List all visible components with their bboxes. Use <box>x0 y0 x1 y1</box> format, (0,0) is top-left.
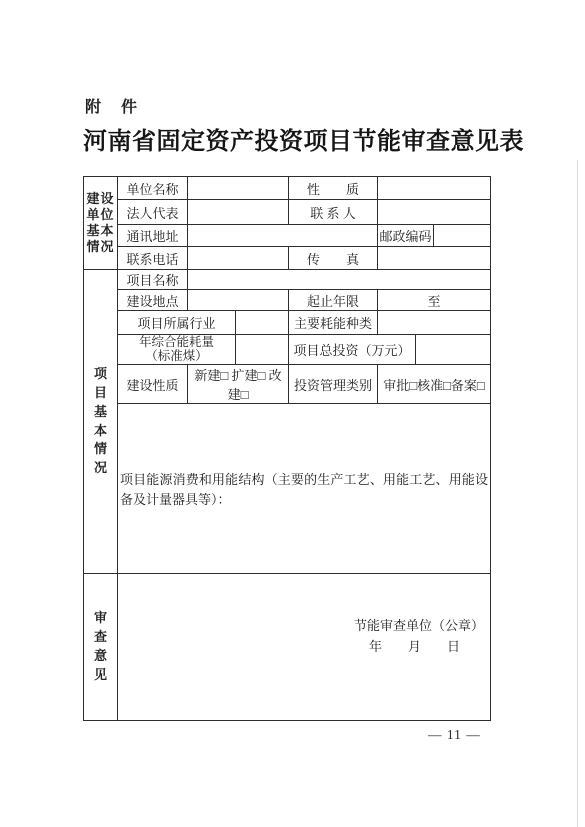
duration-label: 起止年限 <box>289 290 378 311</box>
annual-energy-value-cell <box>236 335 289 365</box>
fax-label: 传 真 <box>289 247 378 270</box>
project-name-label: 项目名称 <box>118 270 188 290</box>
table-row: 建设性质 新建□ 扩建□ 改建□ 投资管理类别 审批□核准□备案□ <box>84 365 491 404</box>
construction-nature-options: 新建□ 扩建□ 改建□ <box>188 365 289 404</box>
signature-unit-line: 节能审查单位（公章） <box>118 616 490 637</box>
review-opinion-form-table: 建设单位基本情况 单位名称 性 质 法人代表 联 系 人 通讯地址 邮政编码 联… <box>83 176 491 721</box>
table-row: 项目能源消费和用能结构（主要的生产工艺、用能工艺、用能设备及计量器具等）： <box>84 404 491 574</box>
energy-structure-note: 项目能源消费和用能结构（主要的生产工艺、用能工艺、用能设备及计量器具等）： <box>118 467 490 510</box>
legal-representative-label: 法人代表 <box>118 200 188 225</box>
project-name-value-cell <box>188 270 491 290</box>
nature-value-cell <box>378 177 491 200</box>
signature-block: 节能审查单位（公章） 年 月 日 <box>118 616 490 678</box>
table-row: 项目所属行业 主要耗能种类 <box>84 311 491 335</box>
table-row: 项目基本情况 项目名称 <box>84 270 491 290</box>
main-energy-types-value-cell <box>378 311 491 335</box>
scan-edge-artifact <box>577 160 578 827</box>
fax-value-cell <box>378 247 491 270</box>
main-energy-types-label: 主要耗能种类 <box>289 311 378 335</box>
annual-energy-label-line2: （标准煤） <box>118 350 235 364</box>
table-row: 建设单位基本情况 单位名称 性 质 <box>84 177 491 200</box>
nature-label: 性 质 <box>289 177 378 200</box>
mailing-address-value-cell <box>188 225 378 247</box>
total-investment-label: 项目总投资（万元） <box>289 335 416 365</box>
legal-representative-value-cell <box>188 200 289 225</box>
unit-name-label: 单位名称 <box>118 177 188 200</box>
industry-value-cell <box>236 311 289 335</box>
duration-to-cell: 至 <box>378 290 491 311</box>
table-row: 通讯地址 邮政编码 <box>84 225 491 247</box>
contact-person-value-cell <box>378 200 491 225</box>
review-opinion-cell: 节能审查单位（公章） 年 月 日 <box>118 574 491 721</box>
annual-energy-label-line1: 年综合能耗量 <box>118 336 235 350</box>
page-title: 河南省固定资产投资项目节能审查意见表 <box>83 121 490 156</box>
table-row: 建设地点 起止年限 至 <box>84 290 491 311</box>
contact-phone-value-cell <box>188 247 289 270</box>
section-review-opinion: 审查意见 <box>84 574 118 721</box>
section-project-basic-info: 项目基本情况 <box>84 270 118 574</box>
signature-date-line: 年 月 日 <box>118 637 490 658</box>
section-unit-basic-info: 建设单位基本情况 <box>84 177 118 270</box>
mailing-address-label: 通讯地址 <box>118 225 188 247</box>
postal-code-value-cell <box>434 225 491 247</box>
investment-category-label: 投资管理类别 <box>289 365 378 404</box>
construction-site-value-cell <box>188 290 289 311</box>
scanned-form-page: 附 件 河南省固定资产投资项目节能审查意见表 建设单位基本情况 单位名称 性 质… <box>0 0 585 827</box>
table-row: 联系电话 传 真 <box>84 247 491 270</box>
postal-code-label: 邮政编码 <box>378 225 434 247</box>
investment-category-options: 审批□核准□备案□ <box>378 365 491 404</box>
unit-name-value-cell <box>188 177 289 200</box>
construction-site-label: 建设地点 <box>118 290 188 311</box>
total-investment-value-cell <box>416 335 491 365</box>
table-row: 法人代表 联 系 人 <box>84 200 491 225</box>
annual-energy-label: 年综合能耗量 （标准煤） <box>118 335 236 365</box>
energy-structure-cell: 项目能源消费和用能结构（主要的生产工艺、用能工艺、用能设备及计量器具等）： <box>118 404 491 574</box>
attachment-label: 附 件 <box>85 94 139 117</box>
section-review-opinion-label: 审查意见 <box>94 609 108 684</box>
contact-person-label: 联 系 人 <box>289 200 378 225</box>
page-number: — 11 — <box>428 727 481 743</box>
section-project-basic-info-label: 项目基本情况 <box>94 365 108 478</box>
table-row: 年综合能耗量 （标准煤） 项目总投资（万元） <box>84 335 491 365</box>
construction-nature-label: 建设性质 <box>118 365 188 404</box>
industry-label: 项目所属行业 <box>118 311 236 335</box>
section-unit-basic-info-label: 建设单位基本情况 <box>87 191 115 254</box>
table-row: 审查意见 节能审查单位（公章） 年 月 日 <box>84 574 491 721</box>
contact-phone-label: 联系电话 <box>118 247 188 270</box>
